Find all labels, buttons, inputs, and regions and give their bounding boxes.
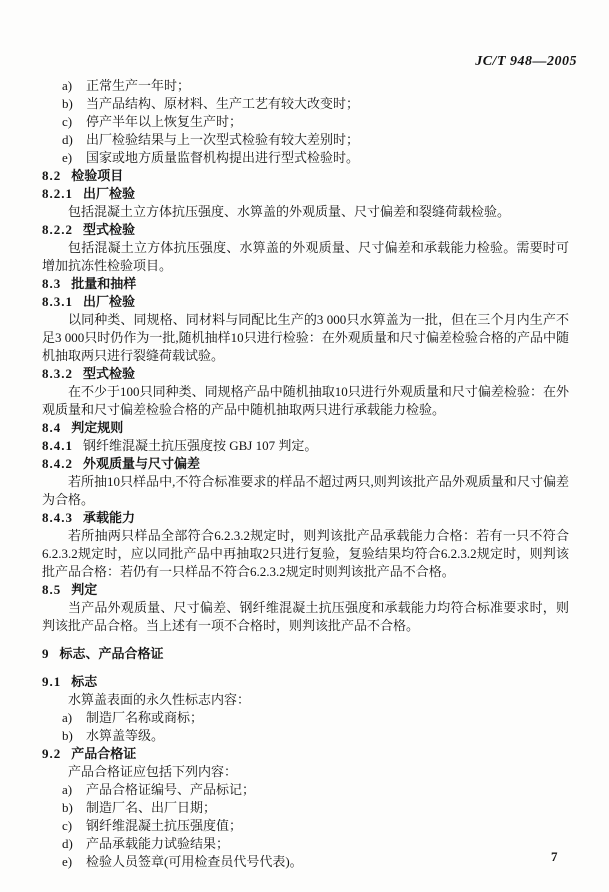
list-item-label: a) <box>62 77 86 95</box>
section-heading-8-5: 8.5判定 <box>42 581 569 599</box>
list-item-text: 当产品结构、原材料、生产工艺有较大改变时； <box>86 95 569 113</box>
chapter-title: 标志、产品合格证 <box>60 646 164 661</box>
list-item: c) 钢纤维混凝土抗压强度值； <box>42 817 569 835</box>
list-item-text: 产品合格证编号、产品标记； <box>86 781 569 799</box>
list-item-text: 水箅盖等级。 <box>86 727 569 745</box>
section-heading-8-4-3: 8.4.3承载能力 <box>42 509 569 527</box>
section-title: 外观质量与尺寸偏差 <box>83 456 200 471</box>
section-number: 8.4.3 <box>42 510 73 525</box>
paragraph-8-3-2: 在不少于100只同种类、同规格产品中随机抽取10只进行外观质量和尺寸偏差检验：在… <box>42 383 569 419</box>
section-number: 9.2 <box>42 746 61 761</box>
section-heading-8-2: 8.2检验项目 <box>42 167 569 185</box>
section-number: 8.4.2 <box>42 456 73 471</box>
section-title: 标志 <box>71 674 97 689</box>
section-title: 出厂检验 <box>83 186 135 201</box>
paragraph-8-2-1: 包括混凝土立方体抗压强度、水箅盖的外观质量、尺寸偏差和裂缝荷载检验。 <box>42 203 569 221</box>
section-title: 判定规则 <box>71 420 123 435</box>
chapter-number: 9 <box>42 646 49 661</box>
paragraph-8-4-2: 若所抽10只样品中,不符合标准要求的样品不超过两只,则判该批产品外观质量和尺寸偏… <box>42 473 569 509</box>
list-item: e) 检验人员签章(可用检查员代号代表)。 <box>42 853 569 871</box>
section-title: 判定 <box>71 582 97 597</box>
list-item: d) 出厂检验结果与上一次型式检验有较大差别时； <box>42 131 569 149</box>
section-title: 出厂检验 <box>83 294 135 309</box>
list-item-label: c) <box>62 113 86 131</box>
section-number: 9.1 <box>42 674 61 689</box>
list-item: b) 当产品结构、原材料、生产工艺有较大改变时； <box>42 95 569 113</box>
paragraph-9-2-intro: 产品合格证应包括下列内容： <box>42 763 569 781</box>
paragraph-8-3-1: 以同种类、同规格、同材料与同配比生产的3 000只水箅盖为一批，但在三个月内生产… <box>42 311 569 365</box>
section-number: 8.4.1 <box>42 438 73 453</box>
list-item-text: 产品承载能力试验结果； <box>86 835 569 853</box>
section-heading-8-2-2: 8.2.2型式检验 <box>42 221 569 239</box>
section-heading-8-3-1: 8.3.1出厂检验 <box>42 293 569 311</box>
list-item-text: 制造厂名称或商标； <box>86 709 569 727</box>
list-item-text: 出厂检验结果与上一次型式检验有较大差别时； <box>86 131 569 149</box>
section-number: 8.2 <box>42 168 61 183</box>
list-item-label: b) <box>62 727 86 745</box>
document-page: JC/T 948—2005 a) 正常生产一年时； b) 当产品结构、原材料、生… <box>0 0 609 892</box>
list-item-label: d) <box>62 835 86 853</box>
paragraph-8-2-2: 包括混凝土立方体抗压强度、水箅盖的外观质量、尺寸偏差和承载能力检验。需要时可增加… <box>42 239 569 275</box>
list-item-label: a) <box>62 709 86 727</box>
section-title: 型式检验 <box>83 222 135 237</box>
section-number: 8.2.2 <box>42 222 73 237</box>
page-number: 7 <box>551 849 558 865</box>
list-item: b) 制造厂名、出厂日期； <box>42 799 569 817</box>
list-item-text: 正常生产一年时； <box>86 77 569 95</box>
paragraph-8-4-3: 若所抽两只样品全部符合6.2.3.2规定时，则判该批产品承载能力合格：若有一只不… <box>42 527 569 581</box>
list-item-text: 国家或地方质量监督机构提出进行型式检验时。 <box>86 149 569 167</box>
list-item: e) 国家或地方质量监督机构提出进行型式检验时。 <box>42 149 569 167</box>
section-heading-9-1: 9.1标志 <box>42 673 569 691</box>
section-heading-8-4: 8.4判定规则 <box>42 419 569 437</box>
section-title: 型式检验 <box>83 366 135 381</box>
list-item-label: c) <box>62 817 86 835</box>
list-item: a) 正常生产一年时； <box>42 77 569 95</box>
list-item: b) 水箅盖等级。 <box>42 727 569 745</box>
document-body: a) 正常生产一年时； b) 当产品结构、原材料、生产工艺有较大改变时； c) … <box>42 77 569 871</box>
section-number: 8.3.2 <box>42 366 73 381</box>
section-title: 产品合格证 <box>71 746 136 761</box>
list-item-label: a) <box>62 781 86 799</box>
section-heading-8-3: 8.3批量和抽样 <box>42 275 569 293</box>
section-heading-9-2: 9.2产品合格证 <box>42 745 569 763</box>
section-heading-8-4-2: 8.4.2外观质量与尺寸偏差 <box>42 455 569 473</box>
list-item-text: 检验人员签章(可用检查员代号代表)。 <box>86 853 569 871</box>
list-item-label: e) <box>62 853 86 871</box>
list-item-text: 钢纤维混凝土抗压强度值； <box>86 817 569 835</box>
section-title: 批量和抽样 <box>71 276 136 291</box>
section-title: 检验项目 <box>71 168 123 183</box>
paragraph-8-5: 当产品外观质量、尺寸偏差、钢纤维混凝土抗压强度和承载能力均符合标准要求时，则判该… <box>42 599 569 635</box>
list-item-label: d) <box>62 131 86 149</box>
list-item: a) 制造厂名称或商标； <box>42 709 569 727</box>
chapter-heading-9: 9标志、产品合格证 <box>42 645 569 663</box>
section-heading-8-2-1: 8.2.1出厂检验 <box>42 185 569 203</box>
list-item: a) 产品合格证编号、产品标记； <box>42 781 569 799</box>
list-item-text: 停产半年以上恢复生产时； <box>86 113 569 131</box>
list-item-label: b) <box>62 95 86 113</box>
list-item-label: e) <box>62 149 86 167</box>
list-item-label: b) <box>62 799 86 817</box>
list-item: d) 产品承载能力试验结果； <box>42 835 569 853</box>
paragraph-9-1-intro: 水箅盖表面的永久性标志内容： <box>42 691 569 709</box>
list-item: c) 停产半年以上恢复生产时； <box>42 113 569 131</box>
standard-code: JC/T 948—2005 <box>475 54 577 70</box>
section-number: 8.3.1 <box>42 294 73 309</box>
section-number: 8.2.1 <box>42 186 73 201</box>
clause-text: 钢纤维混凝土抗压强度按 GBJ 107 判定。 <box>83 438 317 453</box>
section-number: 8.5 <box>42 582 61 597</box>
section-title: 承载能力 <box>83 510 135 525</box>
section-number: 8.4 <box>42 420 61 435</box>
section-number: 8.3 <box>42 276 61 291</box>
list-item-text: 制造厂名、出厂日期； <box>86 799 569 817</box>
section-heading-8-3-2: 8.3.2型式检验 <box>42 365 569 383</box>
clause-8-4-1: 8.4.1钢纤维混凝土抗压强度按 GBJ 107 判定。 <box>42 437 569 455</box>
